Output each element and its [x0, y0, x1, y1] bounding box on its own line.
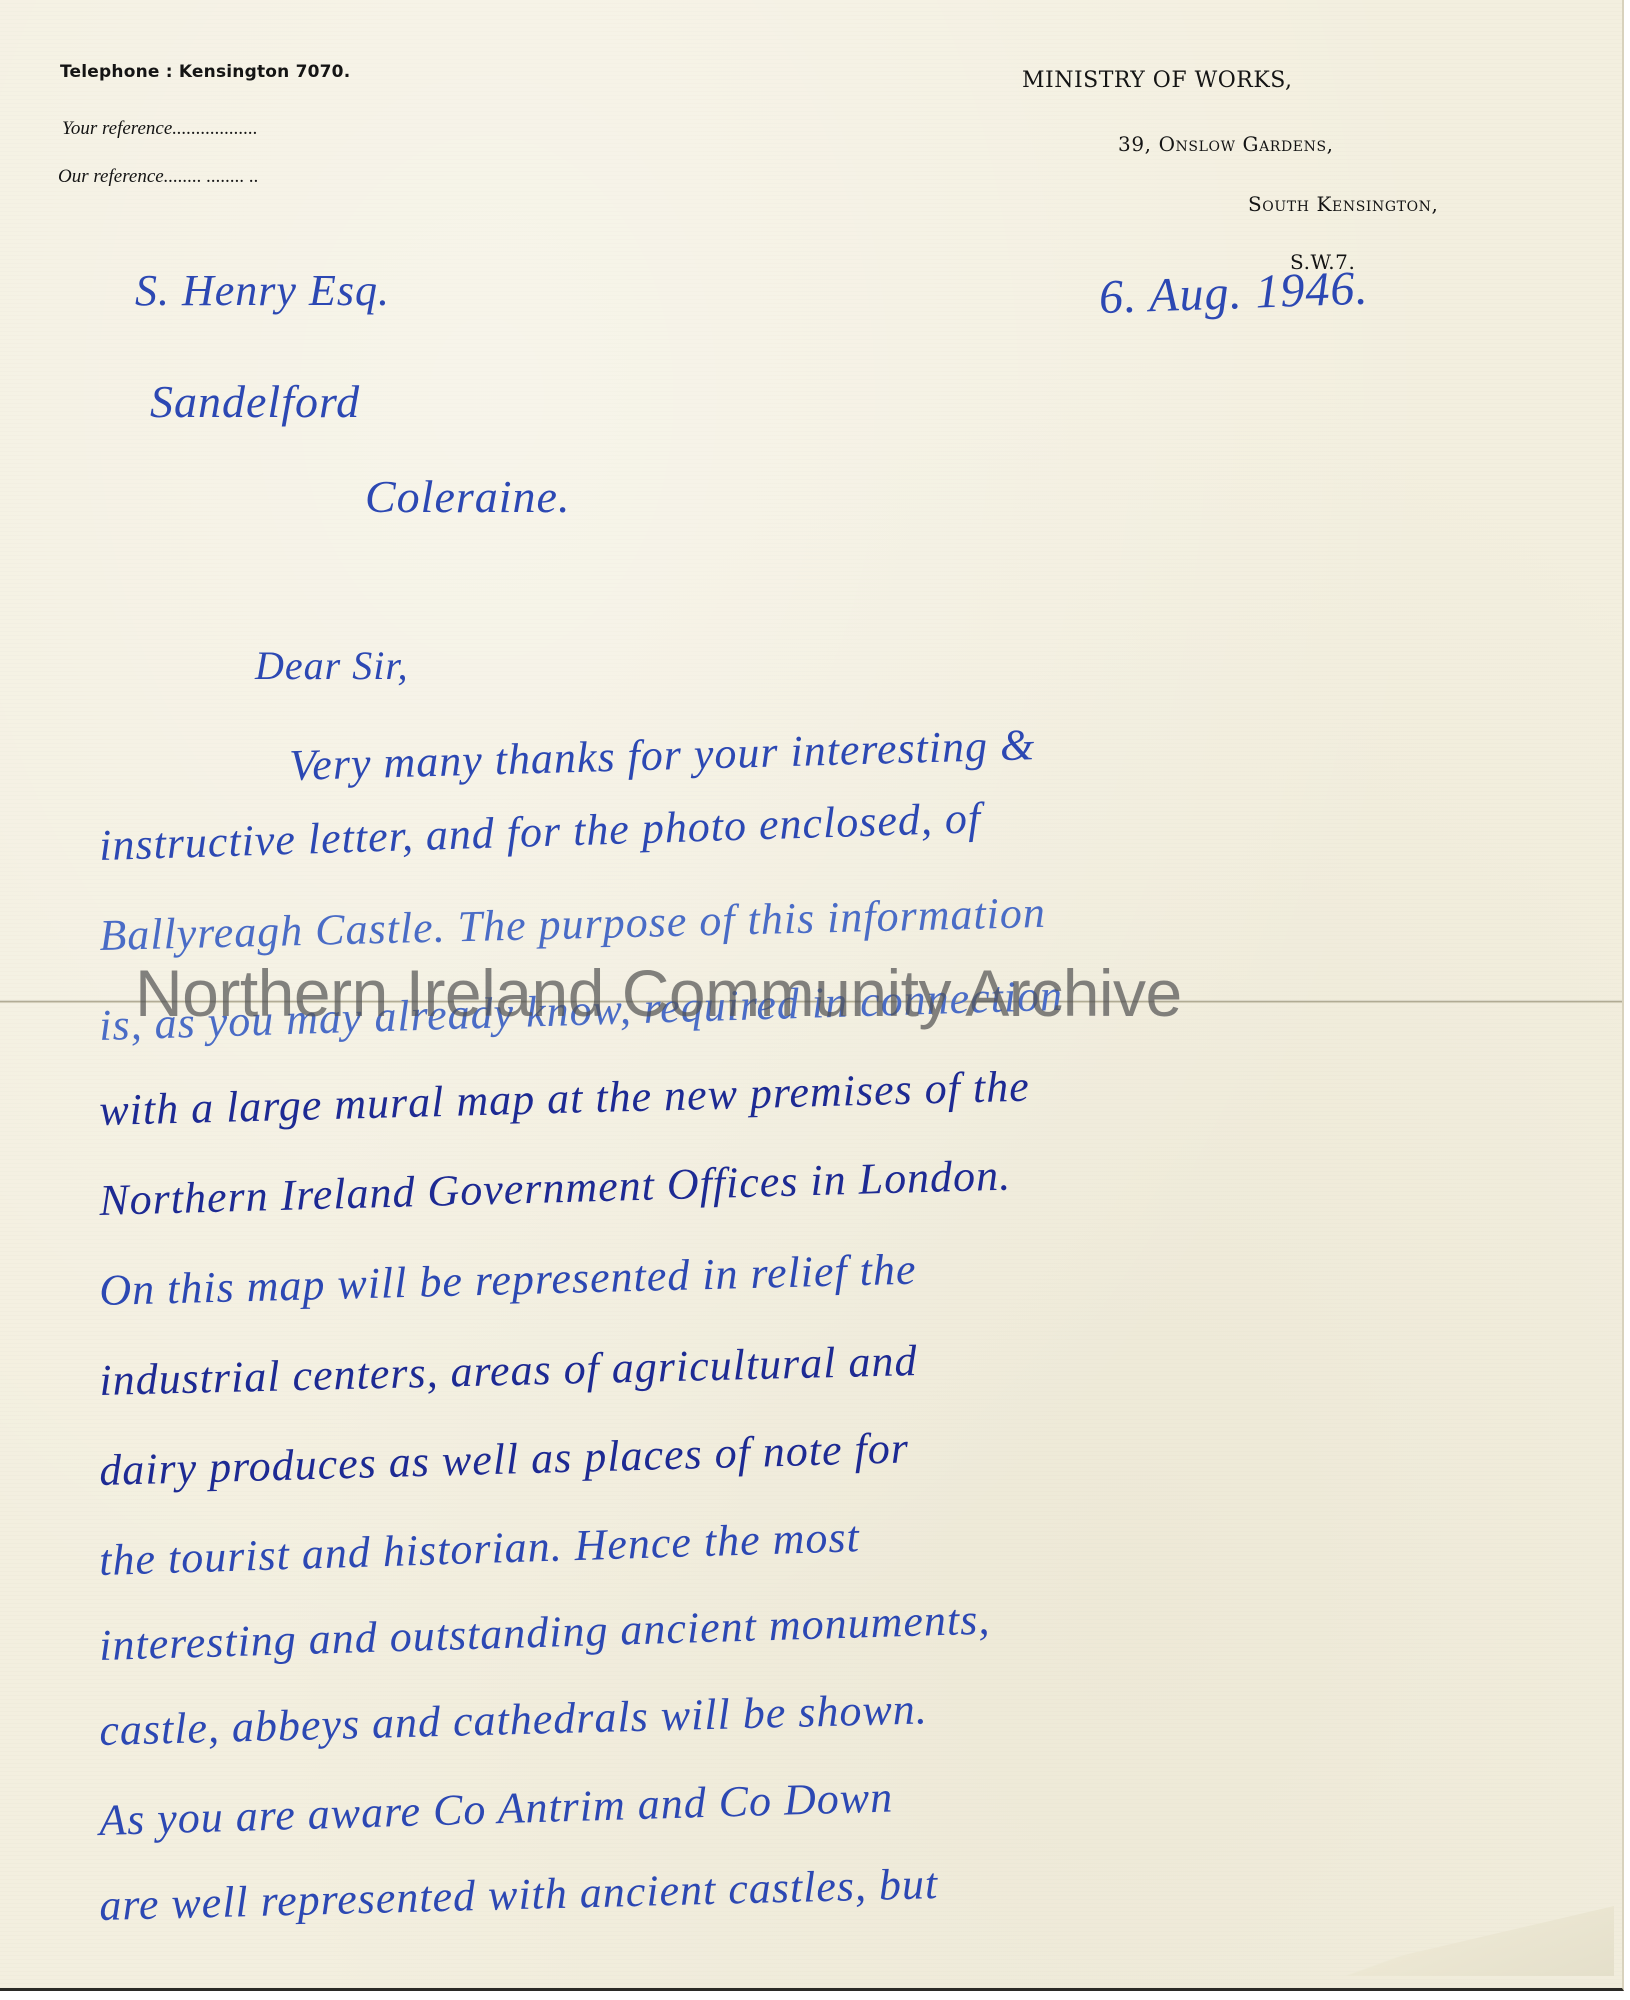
body-line: interesting and outstanding ancient monu…: [98, 1594, 990, 1671]
letterhead-left: Telephone : Kensington 7070. Your refere…: [58, 62, 350, 214]
body-line: instructive letter, and for the photo en…: [98, 792, 981, 871]
addressee-town: Coleraine.: [365, 470, 570, 523]
address-line-street: 39, Onslow Gardens,: [1118, 132, 1334, 156]
body-line: are well represented with ancient castle…: [99, 1858, 939, 1931]
folded-corner: [1314, 1906, 1614, 1976]
addressee-name: S. Henry Esq.: [135, 265, 390, 316]
address-line-district: South Kensington,: [1248, 192, 1438, 216]
body-line: As you are aware Co Antrim and Co Down: [98, 1771, 893, 1846]
body-line: castle, abbeys and cathedrals will be sh…: [99, 1683, 929, 1756]
body-line: industrial centers, areas of agricultura…: [99, 1335, 918, 1406]
organisation-name: MINISTRY OF WORKS,: [1022, 68, 1293, 93]
salutation: Dear Sir,: [255, 642, 408, 689]
addressee-house: Sandelford: [150, 375, 360, 428]
body-line: Very many thanks for your interesting &: [289, 719, 1036, 791]
body-line: with a large mural map at the new premis…: [99, 1061, 1031, 1136]
letter-date: 6. Aug. 1946.: [1098, 261, 1369, 325]
body-line: Ballyreagh Castle. The purpose of this i…: [99, 887, 1047, 961]
your-reference: Your reference..................: [62, 118, 350, 140]
letter-page: Telephone : Kensington 7070. Your refere…: [0, 0, 1624, 1991]
body-line: On this map will be represented in relie…: [99, 1244, 917, 1316]
body-line: Northern Ireland Government Offices in L…: [99, 1150, 1012, 1226]
our-reference: Our reference........ ........ ..: [58, 166, 350, 188]
body-line: the tourist and historian. Hence the mos…: [98, 1511, 860, 1586]
telephone-line: Telephone : Kensington 7070.: [60, 62, 350, 82]
body-line: dairy produces as well as places of note…: [99, 1422, 910, 1496]
archive-watermark: Northern Ireland Community Archive: [135, 955, 1182, 1031]
